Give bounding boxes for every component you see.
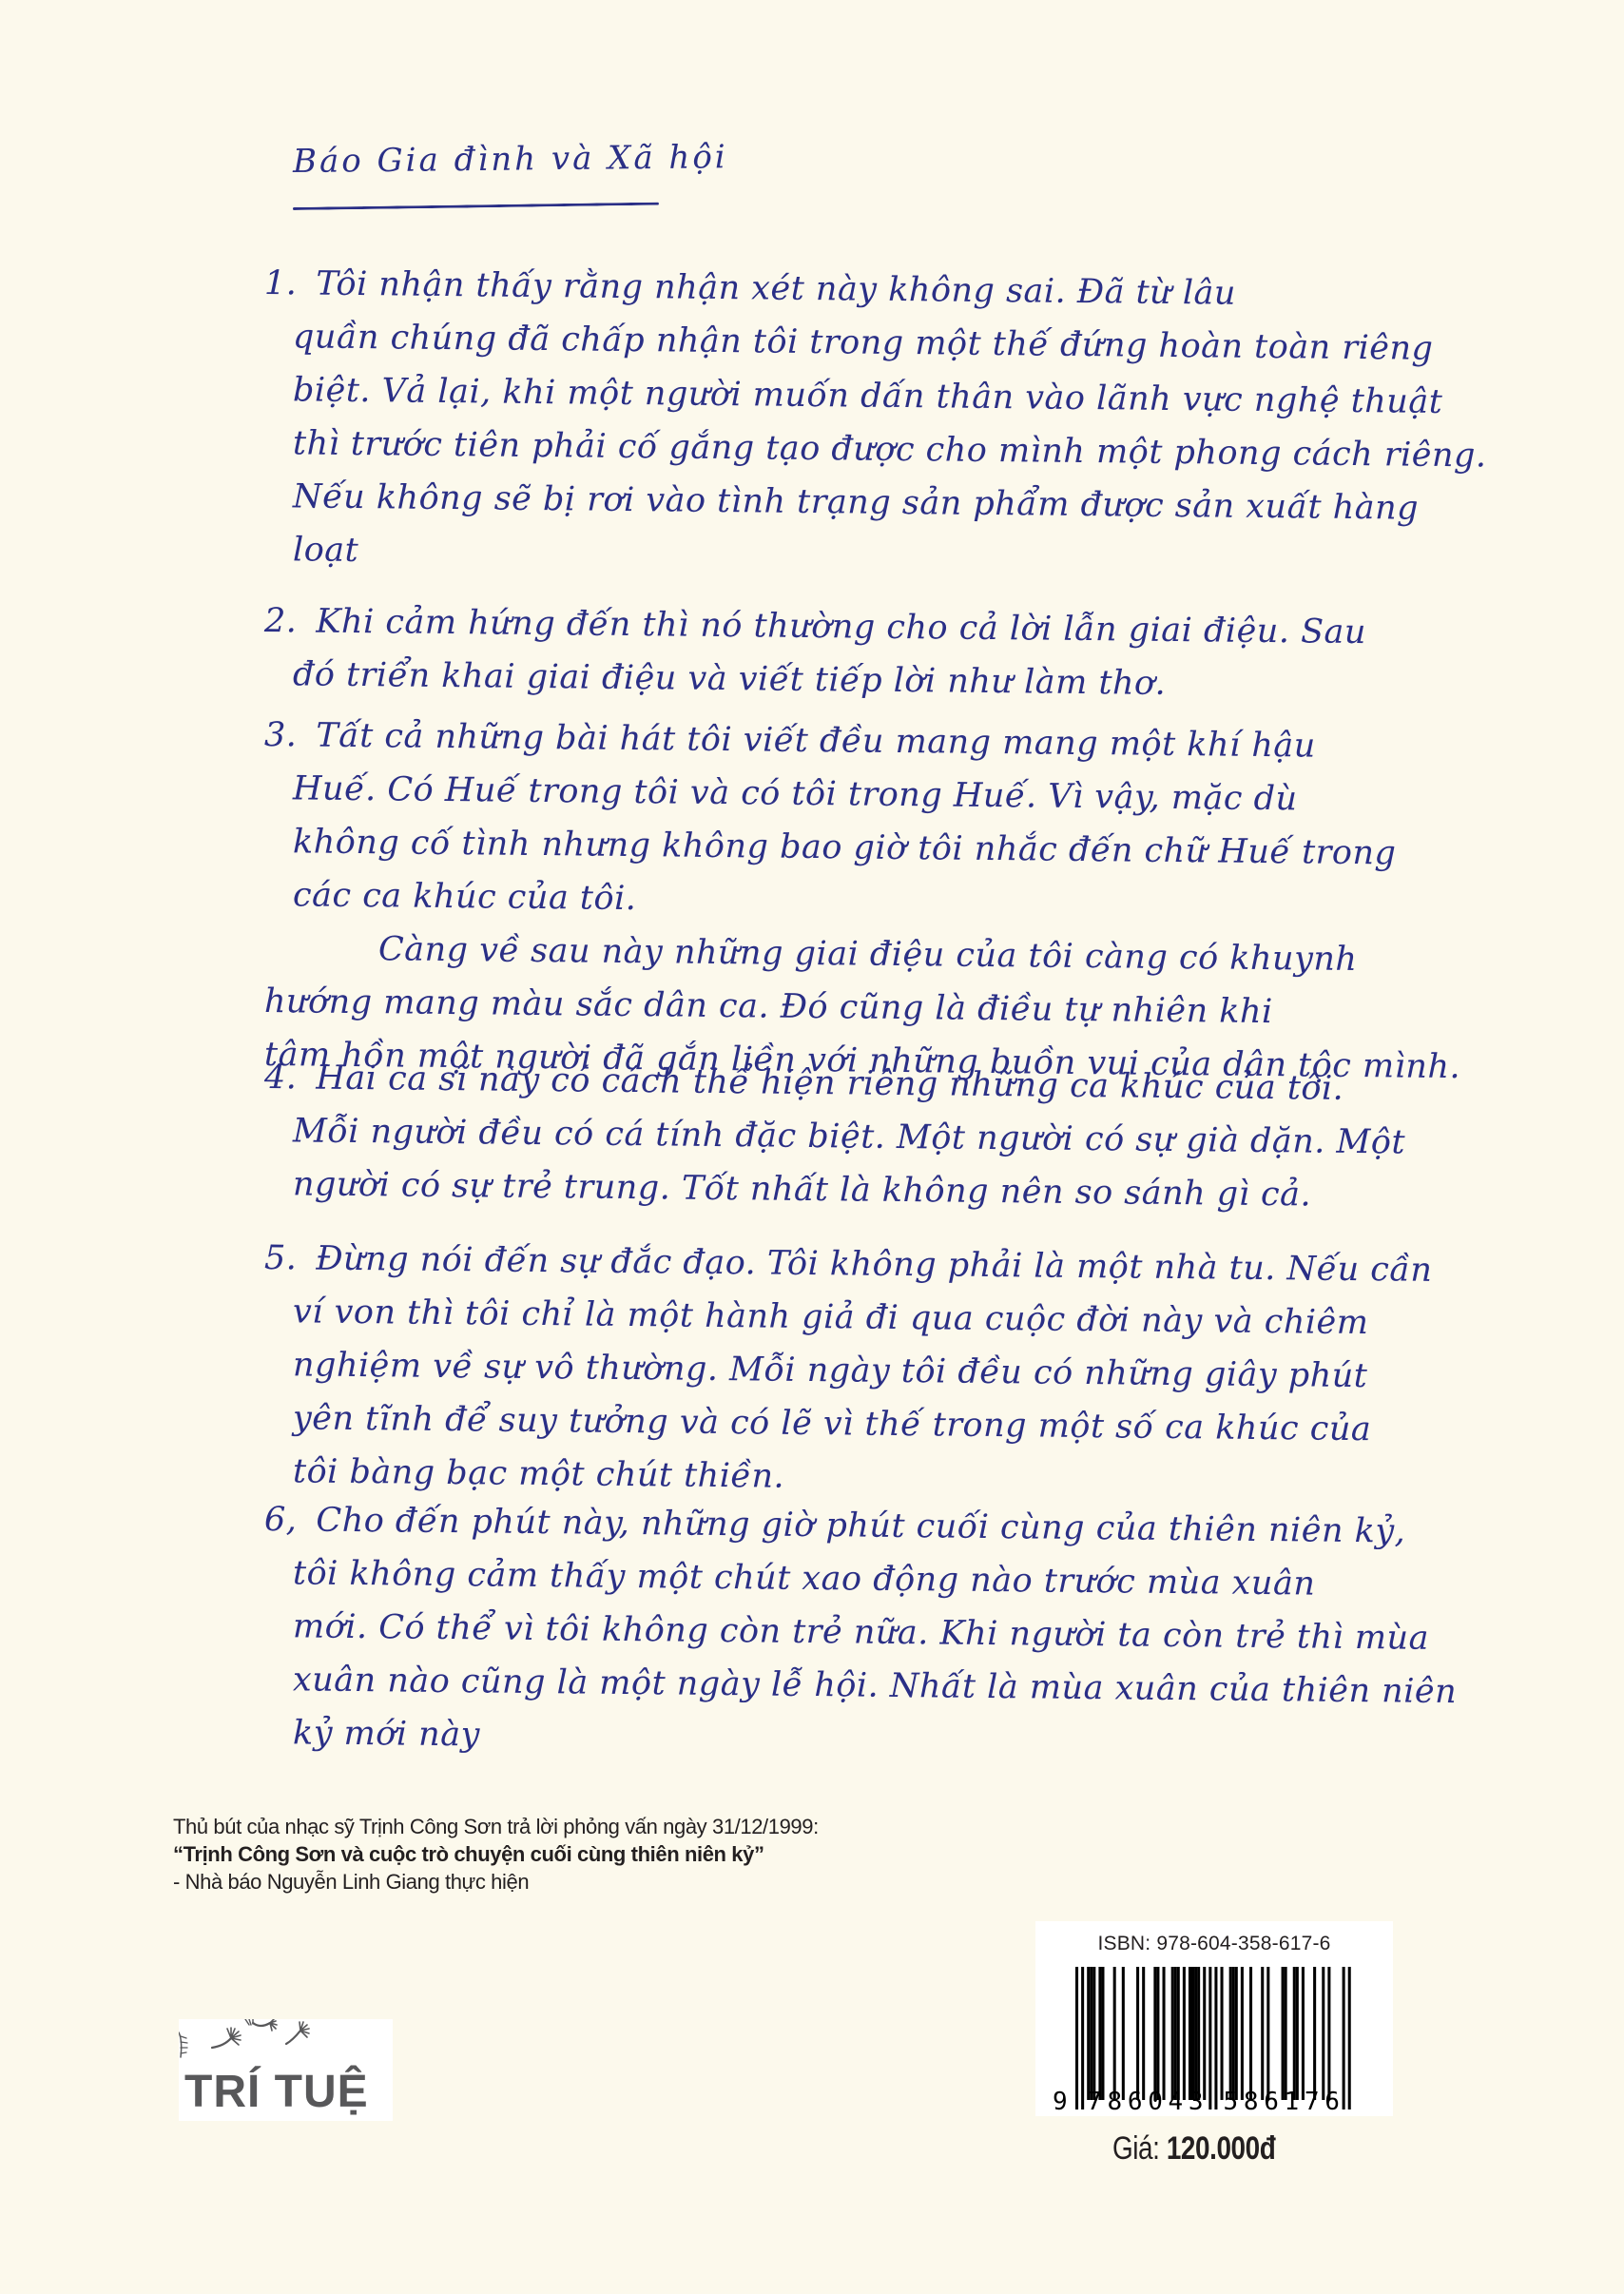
answer-number: 3.: [264, 709, 298, 762]
manuscript-line: kỷ mới này: [264, 1706, 1435, 1772]
svg-text:7: 7: [1087, 2088, 1102, 2116]
isbn-barcode-box: ISBN: 978-604-358-617-6 9786043586176: [1035, 1921, 1393, 2116]
svg-text:6: 6: [1128, 2088, 1143, 2116]
svg-text:7: 7: [1305, 2088, 1320, 2116]
price-amount: 120.000đ: [1167, 2130, 1276, 2167]
title-underline: [293, 203, 659, 210]
price-label: Giá:: [1112, 2130, 1159, 2167]
manuscript-answer-2: 2.Khi cảm hứng đến thì nó thường cho cả …: [264, 594, 1434, 701]
manuscript-line: đó triển khai giai điệu và viết tiếp lời…: [264, 648, 1435, 713]
svg-text:1: 1: [1285, 2088, 1300, 2116]
publisher-logo: TRÍ TUỆ: [179, 2019, 393, 2121]
answer-number: 4.: [264, 1051, 298, 1104]
manuscript-caption: Thủ bút của nhạc sỹ Trịnh Công Sơn trả l…: [173, 1813, 819, 1895]
answer-number: 5.: [264, 1232, 298, 1285]
svg-text:9: 9: [1053, 2088, 1068, 2116]
svg-text:6: 6: [1264, 2088, 1279, 2116]
caption-line-article-title: “Trịnh Công Sơn và cuộc trò chuyện cuối …: [173, 1840, 819, 1868]
manuscript-title: Báo Gia đình và Xã hội: [293, 138, 728, 181]
svg-text:3: 3: [1189, 2088, 1204, 2116]
answer-number: 2.: [264, 594, 298, 648]
price-tag: Giá: 120.000đ: [1112, 2130, 1275, 2168]
handwritten-manuscript: Báo Gia đình và Xã hội 1.Tôi nhận thấy r…: [0, 0, 1624, 1769]
svg-text:6: 6: [1324, 2088, 1340, 2116]
svg-text:0: 0: [1148, 2088, 1163, 2116]
svg-text:5: 5: [1224, 2088, 1239, 2116]
manuscript-answer-6: 6,Cho đến phút này, những giờ phút cuối …: [264, 1493, 1434, 1759]
manuscript-answer-3: 3.Tất cả những bài hát tôi viết đều mang…: [264, 709, 1434, 1081]
caption-line-author: - Nhà báo Nguyễn Linh Giang thực hiện: [173, 1868, 819, 1895]
svg-text:8: 8: [1244, 2088, 1259, 2116]
manuscript-line: người có sự trẻ trung. Tốt nhất là không…: [264, 1157, 1435, 1223]
svg-text:4: 4: [1169, 2088, 1184, 2116]
answer-number: 6,: [264, 1493, 298, 1546]
svg-text:8: 8: [1108, 2088, 1123, 2116]
answer-number: 1.: [264, 257, 298, 310]
manuscript-answer-5: 5.Đừng nói đến sự đắc đạo. Tôi không phả…: [264, 1232, 1434, 1498]
manuscript-answer-1: 1.Tôi nhận thấy rằng nhận xét này không …: [264, 257, 1434, 576]
caption-line-source: Thủ bút của nhạc sỹ Trịnh Công Sơn trả l…: [173, 1813, 819, 1840]
manuscript-answer-4: 4.Hai ca sĩ này có cách thể hiện riêng n…: [264, 1051, 1434, 1211]
publisher-name: TRÍ TUỆ: [184, 2069, 369, 2116]
barcode-icon: 9786043586176: [1035, 1921, 1393, 2116]
manuscript-line: loạt: [264, 523, 1435, 589]
